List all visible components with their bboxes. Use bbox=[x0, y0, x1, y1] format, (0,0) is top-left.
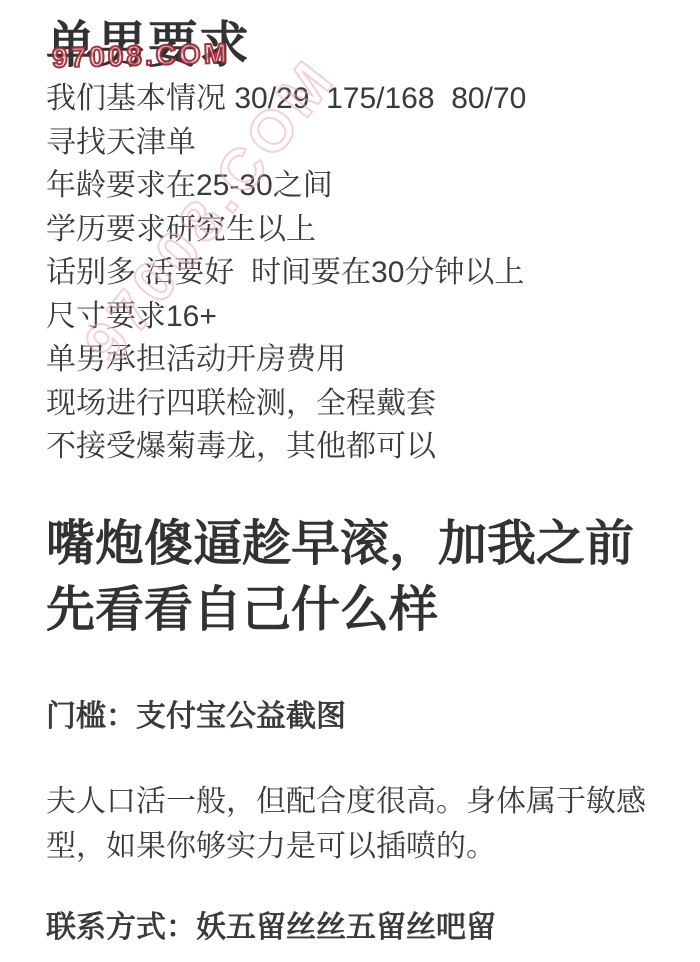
requirement-line: 学历要求研究生以上 bbox=[46, 208, 658, 252]
requirement-line: 寻找天津单 bbox=[46, 121, 658, 165]
warning-heading: 嘴炮傻逼趁早滚，加我之前 先看看自己什么样 bbox=[46, 511, 646, 643]
page-title: 单男要求 bbox=[46, 15, 658, 75]
threshold-line: 门槛：支付宝公益截图 bbox=[46, 695, 658, 738]
description-line: 型，如果你够实力是可以插喷的。 bbox=[46, 824, 658, 869]
requirement-line: 话别多 活要好 时间要在30分钟以上 bbox=[46, 251, 658, 295]
requirement-line: 单男承担活动开房费用 bbox=[46, 338, 658, 382]
warning-heading-line: 嘴炮傻逼趁早滚，加我之前 bbox=[46, 511, 646, 577]
screenshot-page: 97008.COM 97008.COM 单男要求 我们基本情况 30/29 17… bbox=[0, 0, 700, 962]
requirement-line: 现场进行四联检测，全程戴套 bbox=[46, 382, 658, 426]
requirement-line: 尺寸要求16+ bbox=[46, 295, 658, 339]
warning-heading-line: 先看看自己什么样 bbox=[46, 577, 646, 643]
requirement-line: 年龄要求在25-30之间 bbox=[46, 164, 658, 208]
requirement-line: 我们基本情况 30/29 175/168 80/70 bbox=[46, 77, 658, 121]
contact-line: 联系方式：妖五留丝丝五留丝吧留 bbox=[46, 906, 658, 949]
document-body: 单男要求 我们基本情况 30/29 175/168 80/70 寻找天津单 年龄… bbox=[0, 0, 700, 949]
description-paragraph: 夫人口活一般，但配合度很高。身体属于敏感 型，如果你够实力是可以插喷的。 bbox=[46, 779, 658, 869]
requirement-line: 不接受爆菊毒龙，其他都可以 bbox=[46, 425, 658, 469]
requirements-list: 我们基本情况 30/29 175/168 80/70 寻找天津单 年龄要求在25… bbox=[46, 77, 658, 469]
description-line: 夫人口活一般，但配合度很高。身体属于敏感 bbox=[46, 779, 658, 824]
